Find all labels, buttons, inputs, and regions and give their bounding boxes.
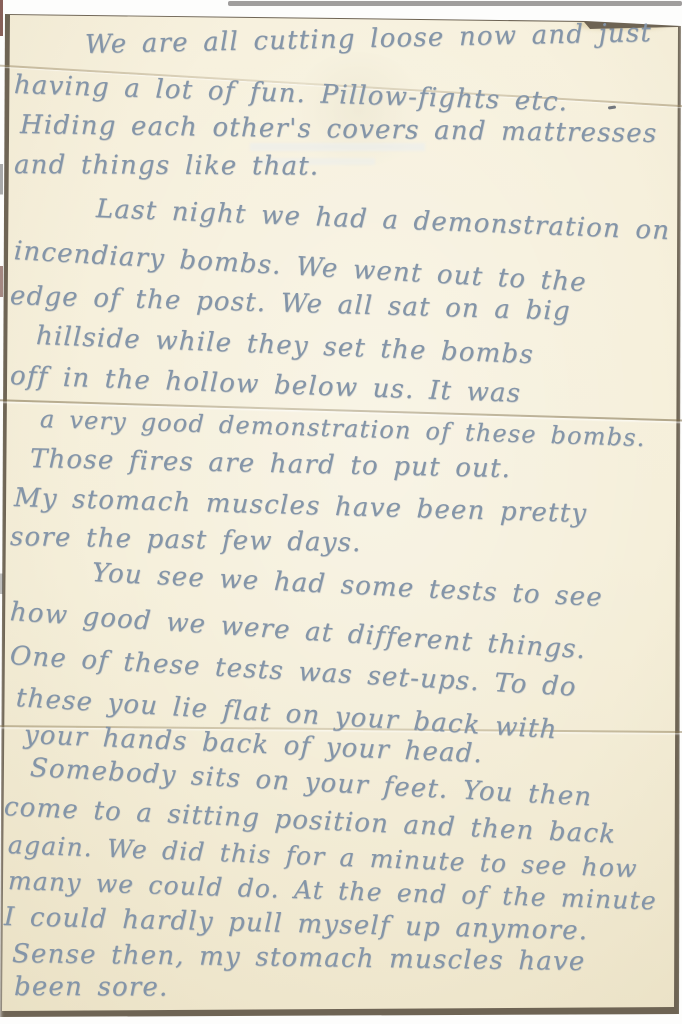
handwriting-line: been sore.: [14, 972, 169, 1003]
handwriting-line: You see we had some tests to see: [91, 558, 603, 613]
handwriting-line: sore the past few days.: [10, 522, 362, 558]
handwriting-line: hillside while they set the bombs: [35, 321, 534, 370]
handwriting-line: and things like that.: [14, 150, 319, 182]
handwriting-line: Those fires are hard to put out.: [30, 444, 512, 484]
scanned-letter-page: We are all cutting loose now and just ha…: [0, 0, 682, 1024]
handwriting-line: We are all cutting loose now and just: [85, 18, 653, 60]
handwriting-line: My stomach muscles have been pretty: [14, 483, 588, 529]
handwriting-line: off in the hollow below us. It was: [9, 361, 521, 409]
handwriting-line: Last night we had a demonstration on: [95, 194, 670, 246]
handwriting-text: We are all cutting loose now and just ha…: [0, 0, 682, 1024]
handwriting-line: a very good demonstration of these bombs…: [40, 405, 647, 452]
